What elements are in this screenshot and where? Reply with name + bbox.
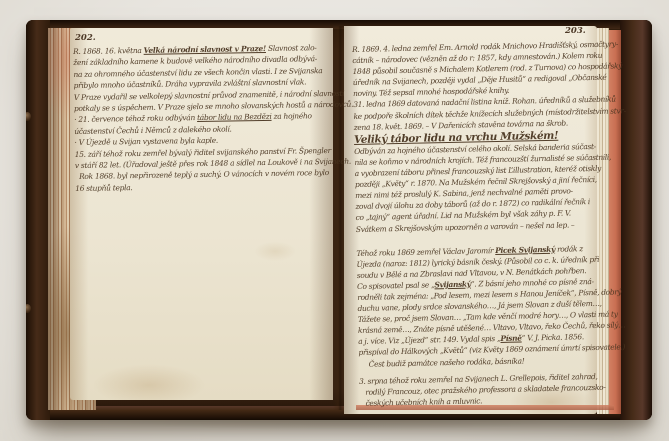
red-sprinkled-page-edge [609, 30, 621, 414]
open-chronicle-book: 202. 203. R. 1868. 16. května Velká náro… [26, 20, 652, 420]
manuscript-text-right: R. 1869. 4. ledna zemřel Em. Arnold rodá… [352, 39, 606, 409]
manuscript-text-left: R. 1868. 16. května Velká národní slavno… [73, 42, 333, 194]
book-cover-left-spine [26, 20, 50, 420]
photo-of-open-manuscript-book: 202. 203. R. 1868. 16. května Velká náro… [0, 0, 669, 441]
page-number-right: 203. [565, 26, 586, 36]
page-number-left: 202. [75, 33, 96, 43]
book-cover-right-board [620, 20, 652, 420]
